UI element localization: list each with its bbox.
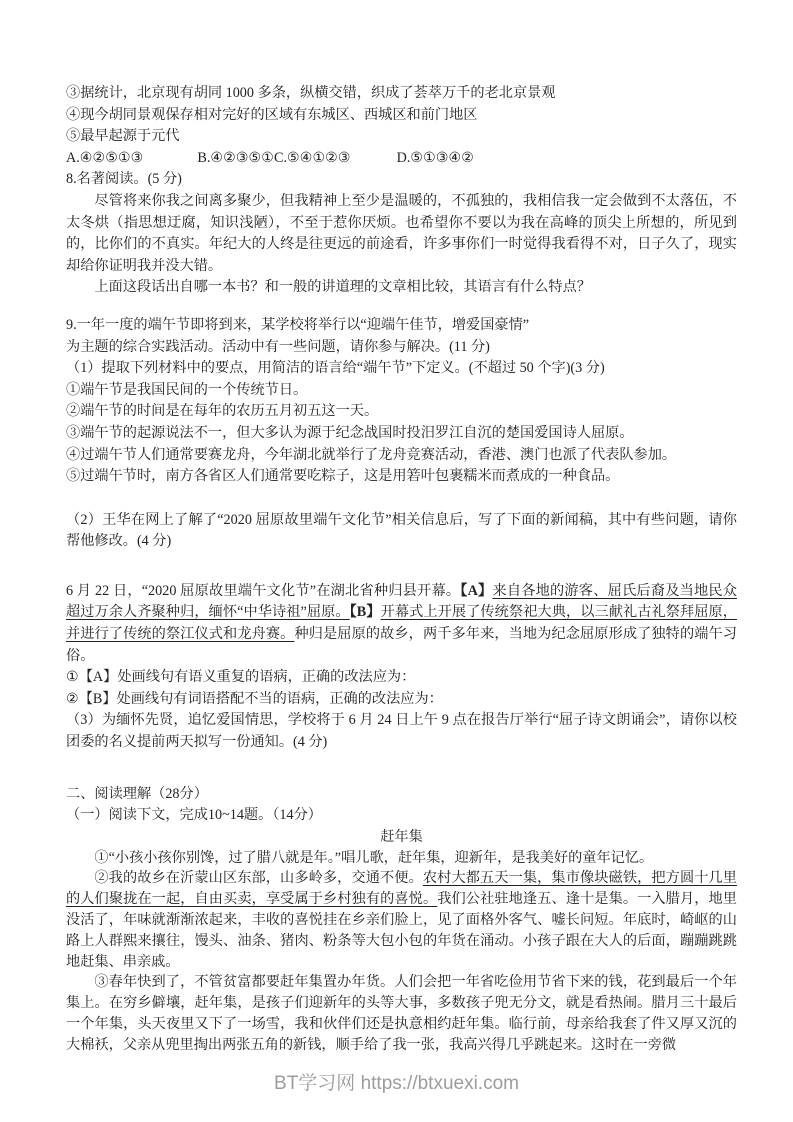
q7-item-3: ③据统计，北京现有胡同 1000 多条，纵横交错，织成了荟萃万千的老北京景观 (66, 83, 737, 105)
essay-paragraph-2: ②我的故乡在沂蒙山区东部，山多岭多，交通不便。农村大都五天一集，集市像块磁铁，把… (66, 868, 737, 972)
q9-intro-line1: 9.一年一度的端午节即将到来，某学校将举行以“迎端午佳节，增爱国豪情” (66, 315, 737, 337)
essay-title: 赶年集 (66, 827, 737, 848)
q8-heading: 8.名著阅读。(5 分) (66, 169, 737, 191)
q9-material-1: ①端午节是我国民间的一个传统节日。 (66, 380, 737, 402)
q7-answer-options: A.④②⑤①③ B.④②③⑤①C.⑤④①②③ D.⑤①③④② (66, 148, 737, 170)
news-marker-a: 【A】 (460, 583, 492, 599)
q9-fix-1: ①【A】处画线句有语义重复的语病，正确的改法应为： (66, 667, 737, 689)
q9-part3-prompt: （3）为缅怀先贤，追忆爱国情思，学校将于 6 月 24 日上午 9 点在报告厅举… (66, 710, 737, 753)
q9-news-draft: 6 月 22 日，“2020 屈原故里端午文化节”在湖北省种归县开幕。【A】来自… (66, 581, 737, 667)
q9-material-4: ④过端午节人们通常要赛龙舟，今年湖北就举行了龙舟竞赛活动，香港、澳门也派了代表队… (66, 445, 737, 467)
q9-intro-line2: 为主题的综合实践活动。活动中有一些问题，请你参与解决。(11 分) (66, 337, 737, 359)
q7-option-d: D.⑤①③④② (397, 148, 474, 170)
q7-item-4: ④现今胡同景观保存相对完好的区域有东城区、西城区和前门地区 (66, 105, 737, 127)
essay-block: 赶年集 ①“小孩小孩你别馋，过了腊八就是年。”唱儿歌，赶年集，迎新年，是我美好的… (66, 827, 737, 1056)
exam-document-page: ③据统计，北京现有胡同 1000 多条，纵横交错，织成了荟萃万千的老北京景观 ④… (0, 0, 793, 1122)
q8-excerpt: 尽管将来你我之间离多聚少，但我精神上至少是温暖的，不孤独的，我相信我一定会做到不… (66, 191, 737, 277)
section2-subheading: （一）阅读下文，完成10~14题。（14分） (66, 805, 737, 827)
q9-material-5: ⑤过端午节时，南方各省区人们通常要吃粽子，这是用箬叶包裹糯米而煮成的一种食品。 (66, 466, 737, 488)
q9-part1-prompt: （1）提取下列材料中的要点，用简洁的语言给“端午节”下定义。(不超过 50 个字… (66, 358, 737, 380)
spacer (66, 299, 737, 315)
q7-item-5: ⑤最早起源于元代 (66, 126, 737, 148)
spacer (66, 488, 737, 510)
essay-paragraph-1: ①“小孩小孩你别馋，过了腊八就是年。”唱儿歌，赶年集，迎新年，是我美好的童年记忆… (66, 848, 737, 869)
q9-fix-2: ②【B】处画线句有词语搭配不当的语病，正确的改法应为： (66, 689, 737, 711)
essay-paragraph-3: ③春年快到了，不管贫富都要赶年集置办年货。人们会把一年省吃俭用节省下来的钱，花到… (66, 972, 737, 1055)
news-lead: 6 月 22 日，“2020 屈原故里端午文化节”在湖北省种归县开幕。 (66, 583, 460, 599)
q7-option-bc: B.④②③⑤①C.⑤④①②③ (197, 148, 350, 170)
site-watermark: BT学习网 https://btxuexi.com (0, 1072, 793, 1096)
q8-prompt: 上面这段话出自哪一本书？和一般的讲道理的文章相比较，其语言有什么特点？ (66, 277, 737, 299)
section2-heading: 二、阅读理解（28分） (66, 784, 737, 806)
spacer (66, 754, 737, 784)
spacer (66, 553, 737, 581)
news-marker-b: 【B】 (350, 604, 381, 620)
q9-material-2: ②端午节的时间是在每年的农历五月初五这一天。 (66, 401, 737, 423)
q7-option-a: A.④②⑤①③ (66, 148, 143, 170)
q9-part2-prompt: （2）王华在网上了解了“2020 屈原故里端午文化节”相关信息后，写了下面的新闻… (66, 510, 737, 553)
essay-para2-opening: ②我的故乡在沂蒙山区东部，山多岭多，交通不便。 (94, 870, 422, 886)
q9-material-3: ③端午节的起源说法不一，但大多认为源于纪念战国时投汨罗江自沉的楚国爱国诗人屈原。 (66, 423, 737, 445)
